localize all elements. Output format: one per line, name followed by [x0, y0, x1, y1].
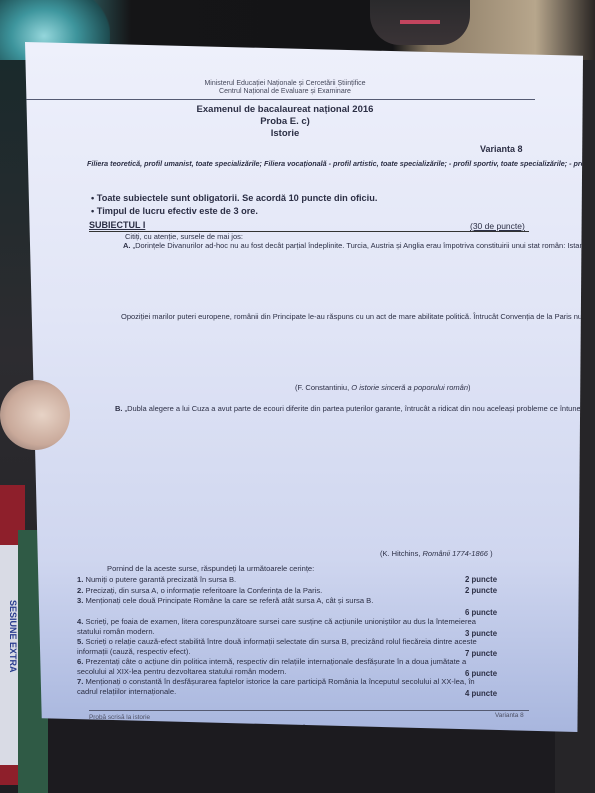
question-text: Menționați cele două Principate Române l… [85, 596, 373, 605]
question-points: 2 puncte [465, 586, 497, 595]
question-4: 4. Scrieți, pe foaia de examen, litera c… [77, 617, 477, 637]
question-number: 7. [77, 677, 83, 686]
question-number: 4. [77, 617, 83, 626]
page-number: Pagina 1 din 2 [265, 724, 306, 731]
rule-2: • Timpul de lucru efectiv este de 3 ore. [91, 206, 258, 216]
ministry-name: Ministerul Educației Naționale și Cercet… [25, 80, 545, 87]
source-b-paragraph: B. „Dubla alegere a lui Cuza a avut part… [75, 404, 529, 414]
exam-title: Examenul de bacalaureat național 2016 [25, 104, 545, 115]
exam-paper: Ministerul Educației Naționale și Cercet… [25, 42, 583, 732]
footer-right: Varianta 8 [495, 712, 524, 719]
header-rule [25, 99, 535, 100]
footer-rule [89, 710, 529, 711]
question-number: 6. [77, 657, 83, 666]
question-3: 3. Menționați cele două Principate Român… [77, 596, 477, 606]
source-a-paragraph-2: Opoziției marilor puteri europene, român… [81, 312, 529, 322]
source-a-paragraph-1: A. „Dorințele Divanurilor ad-hoc nu au f… [87, 241, 529, 251]
section-title: SUBIECTUL I [89, 220, 145, 230]
citation-title: Românii 1774-1866 [423, 549, 488, 558]
citation-end: ) [468, 383, 471, 392]
section-intro: Citiți, cu atenție, sursele de mai jos: [125, 232, 243, 241]
rule-1-text: Toate subiectele sunt obligatorii. Se ac… [97, 193, 378, 203]
question-text: Scrieți, pe foaia de examen, litera core… [77, 617, 476, 636]
booklet-label: SESIUNE EXTRA [0, 600, 18, 760]
citation-title: O istorie sinceră a poporului român [351, 383, 468, 392]
center-name: Centrul Național de Evaluare și Examinar… [25, 88, 545, 95]
footer-left: Probă scrisă la istorie [89, 714, 150, 721]
question-2: 2. Precizați, din sursa A, o informație … [77, 586, 477, 596]
question-points: 6 puncte [465, 608, 497, 617]
subject: Istorie [25, 128, 545, 139]
source-b-citation: (K. Hitchins, Românii 1774-1866 ) [380, 549, 493, 558]
citation-end: ) [488, 549, 493, 558]
question-text: Precizați, din sursa A, o informație ref… [85, 586, 322, 595]
question-5: 5. Scrieți o relație cauză-efect stabili… [77, 637, 477, 657]
variant: Varianta 8 [480, 144, 523, 154]
section-points: (30 de puncte) [470, 221, 525, 231]
question-number: 2. [77, 586, 83, 595]
source-a-citation: (F. Constantiniu, O istorie sinceră a po… [295, 383, 471, 392]
source-b-label: B. [115, 404, 123, 413]
rule-1: • Toate subiectele sunt obligatorii. Se … [91, 193, 377, 203]
filiera-text: Filiera teoretică, profil umanist, toate… [87, 159, 527, 169]
questions-intro: Pornind de la aceste surse, răspundeți l… [107, 564, 314, 573]
question-text: Numiți o putere garantă precizată în sur… [85, 575, 236, 584]
citation-author: (K. Hitchins, [380, 549, 423, 558]
question-7: 7. Menționați o constantă în desfășurare… [77, 677, 477, 697]
source-a-label: A. [123, 241, 131, 250]
question-text: Menționați o constantă în desfășurarea f… [77, 677, 475, 696]
source-a-text-1: „Dorințele Divanurilor ad-hoc nu au fost… [133, 241, 595, 250]
rule-2-text: Timpul de lucru efectiv este de 3 ore. [97, 206, 258, 216]
question-text: Scrieți o relație cauză-efect stabilită … [77, 637, 477, 656]
question-points: 2 puncte [465, 575, 497, 584]
finger [0, 380, 70, 450]
question-number: 1. [77, 575, 83, 584]
question-number: 5. [77, 637, 83, 646]
citation-author: (F. Constantiniu, [295, 383, 351, 392]
question-number: 3. [77, 596, 83, 605]
proba: Proba E. c) [25, 116, 545, 127]
shoe [370, 0, 470, 45]
question-6: 6. Prezentați câte o acțiune din politic… [77, 657, 477, 677]
source-b-text: „Dubla alegere a lui Cuza a avut parte d… [125, 404, 595, 413]
question-text: Prezentați câte o acțiune din politica i… [77, 657, 466, 676]
question-1: 1. Numiți o putere garantă precizată în … [77, 575, 477, 585]
question-points: 4 puncte [465, 689, 497, 698]
